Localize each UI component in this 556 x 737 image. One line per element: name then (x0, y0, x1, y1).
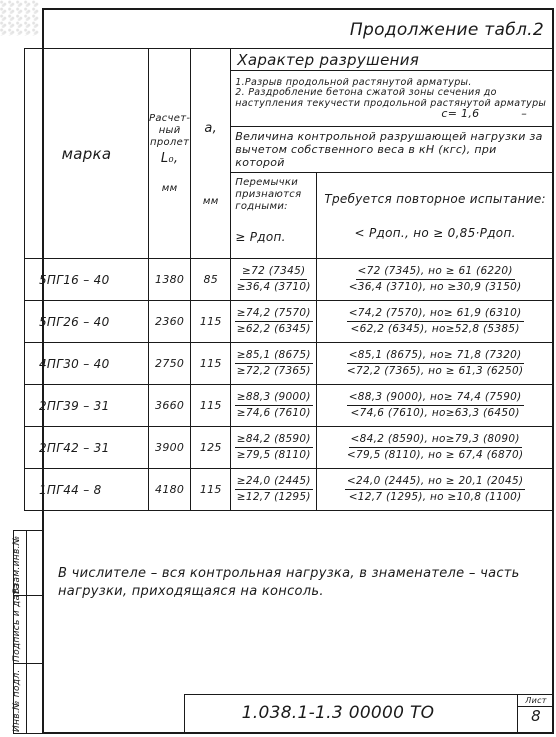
load-numerator: ≥84,2 (8590) (235, 432, 313, 448)
retest-denominator: <36,4 (3710), но ≥30,9 (3150) (317, 280, 553, 295)
header-span: Расчет- ный пролет L₀, мм (149, 49, 191, 259)
failure-item-2: 2. Раздробление бетона сжатой зоны сечен… (235, 88, 549, 109)
load-denominator: ≥36,4 (3710) (231, 280, 316, 295)
table-row: 2ПГ39 – 31 3660 115 ≥88,3 (9000)≥74,6 (7… (25, 385, 554, 427)
retest-denominator: <12,7 (1295), но ≥10,8 (1100) (317, 490, 553, 505)
header-a-label: a, (191, 121, 230, 136)
row-suitable-load: ≥72 (7345)≥36,4 (3710) (231, 259, 317, 301)
row-mark: 2ПГ42 – 31 (25, 427, 149, 469)
row-span: 1380 (149, 259, 191, 301)
row-a: 125 (191, 427, 231, 469)
load-denominator: ≥74,6 (7610) (231, 406, 316, 421)
table-row: 2ПГ42 – 31 3900 125 ≥84,2 (8590)≥79,5 (8… (25, 427, 554, 469)
suitable-condition: ≥ Pдоп. (235, 231, 312, 243)
retest-numerator: <72 (7345), но ≥ 61 (6220) (356, 264, 515, 280)
row-retest-load: <74,2 (7570), но≥ 61,9 (6310)<62,2 (6345… (317, 301, 554, 343)
load-numerator: ≥24,0 (2445) (235, 474, 313, 490)
row-span: 3660 (149, 385, 191, 427)
load-numerator: ≥74,2 (7570) (235, 306, 313, 322)
table-footnote: В числителе – вся контрольная нагрузка, … (58, 565, 548, 601)
retest-numerator: <74,2 (7570), но≥ 61,9 (6310) (347, 306, 524, 322)
row-mark: 1ПГ44 – 8 (25, 469, 149, 511)
load-denominator: ≥12,7 (1295) (231, 490, 316, 505)
row-mark: 4ПГ30 – 40 (25, 343, 149, 385)
header-a-unit: мм (191, 196, 230, 207)
row-a: 115 (191, 385, 231, 427)
header-a: a, мм (191, 49, 231, 259)
test-load-table: марка Расчет- ный пролет L₀, мм a, мм Ха… (24, 48, 554, 511)
row-retest-load: <72 (7345), но ≥ 61 (6220)<36,4 (3710), … (317, 259, 554, 301)
load-denominator: ≥62,2 (6345) (231, 322, 316, 337)
retest-condition: < Pдоп., но ≥ 0,85·Pдоп. (317, 226, 553, 240)
retest-numerator: <88,3 (9000), но≥ 74,4 (7590) (347, 390, 524, 406)
row-suitable-load: ≥74,2 (7570)≥62,2 (6345) (231, 301, 317, 343)
table-row: 4ПГ30 – 40 2750 115 ≥85,1 (8675)≥72,2 (7… (25, 343, 554, 385)
header-span-unit: мм (149, 183, 190, 195)
header-span-line3: пролет (149, 137, 190, 149)
failure-coefficient: с= 1,6 – (235, 109, 549, 120)
row-a: 115 (191, 301, 231, 343)
sheet-box: Лист 8 (517, 695, 554, 733)
load-denominator: ≥79,5 (8110) (231, 448, 316, 463)
row-retest-load: <24,0 (2445), но ≥ 20,1 (2045)<12,7 (129… (317, 469, 554, 511)
sheet-label: Лист (518, 695, 554, 707)
row-mark: 5ПГ26 – 40 (25, 301, 149, 343)
row-suitable-load: ≥85,1 (8675)≥72,2 (7365) (231, 343, 317, 385)
header-mark: марка (25, 49, 149, 259)
row-mark: 5ПГ16 – 40 (25, 259, 149, 301)
title-block: 1.038.1-1.3 00000 ТО Лист 8 (184, 694, 554, 734)
row-mark: 2ПГ39 – 31 (25, 385, 149, 427)
row-retest-load: <88,3 (9000), но≥ 74,4 (7590)<74,6 (7610… (317, 385, 554, 427)
side-label-signature-date: Подпись и дата (12, 646, 22, 662)
side-label-inv-no: Инв.№ подл. (12, 716, 22, 732)
failure-title: Характер разрушения (231, 49, 554, 71)
retest-header: Требуется повторное испытание: < Pдоп., … (317, 173, 554, 259)
load-numerator: ≥88,3 (9000) (235, 390, 313, 406)
header-span-line1: Расчет- (149, 113, 190, 125)
scan-noise (0, 0, 40, 36)
retest-numerator: <84,2 (8590), но≥79,3 (8090) (349, 432, 522, 448)
header-span-symbol: L₀, (149, 153, 190, 165)
retest-denominator: <62,2 (6345), но≥52,8 (5385) (317, 322, 553, 337)
retest-numerator: <85,1 (8675), но≥ 71,8 (7320) (347, 348, 524, 364)
row-span: 3900 (149, 427, 191, 469)
load-numerator: ≥85,1 (8675) (235, 348, 313, 364)
row-a: 115 (191, 469, 231, 511)
retest-label: Требуется повторное испытание: (317, 192, 553, 206)
row-retest-load: <84,2 (8590), но≥79,3 (8090)<79,5 (8110)… (317, 427, 554, 469)
failure-list: 1.Разрыв продольной растянутой арматуры.… (231, 71, 554, 127)
retest-numerator: <24,0 (2445), но ≥ 20,1 (2045) (345, 474, 526, 490)
continuation-title: Продолжение табл.2 (350, 20, 544, 40)
retest-denominator: <72,2 (7365), но ≥ 61,3 (6250) (317, 364, 553, 379)
row-a: 85 (191, 259, 231, 301)
table-row: 5ПГ26 – 40 2360 115 ≥74,2 (7570)≥62,2 (6… (25, 301, 554, 343)
suitable-header: Перемычки признаются годными: ≥ Pдоп. (231, 173, 317, 259)
row-span: 2360 (149, 301, 191, 343)
row-span: 2750 (149, 343, 191, 385)
document-code: 1.038.1-1.3 00000 ТО (185, 703, 491, 723)
suitable-label: Перемычки признаются годными: (235, 177, 312, 213)
retest-denominator: <74,6 (7610), но≥63,3 (6450) (317, 406, 553, 421)
row-span: 4180 (149, 469, 191, 511)
header-span-line2: ный (149, 125, 190, 137)
row-a: 115 (191, 343, 231, 385)
table-row: 5ПГ16 – 40 1380 85 ≥72 (7345)≥36,4 (3710… (25, 259, 554, 301)
table-row: 1ПГ44 – 8 4180 115 ≥24,0 (2445)≥12,7 (12… (25, 469, 554, 511)
sheet-number: 8 (518, 707, 554, 725)
load-numerator: ≥72 (7345) (240, 264, 307, 280)
load-magnitude-header: Величина контрольной разрушающей нагрузк… (231, 127, 554, 173)
retest-denominator: <79,5 (8110), но ≥ 67,4 (6870) (317, 448, 553, 463)
row-retest-load: <85,1 (8675), но≥ 71,8 (7320)<72,2 (7365… (317, 343, 554, 385)
load-denominator: ≥72,2 (7365) (231, 364, 316, 379)
row-suitable-load: ≥88,3 (9000)≥74,6 (7610) (231, 385, 317, 427)
row-suitable-load: ≥24,0 (2445)≥12,7 (1295) (231, 469, 317, 511)
row-suitable-load: ≥84,2 (8590)≥79,5 (8110) (231, 427, 317, 469)
